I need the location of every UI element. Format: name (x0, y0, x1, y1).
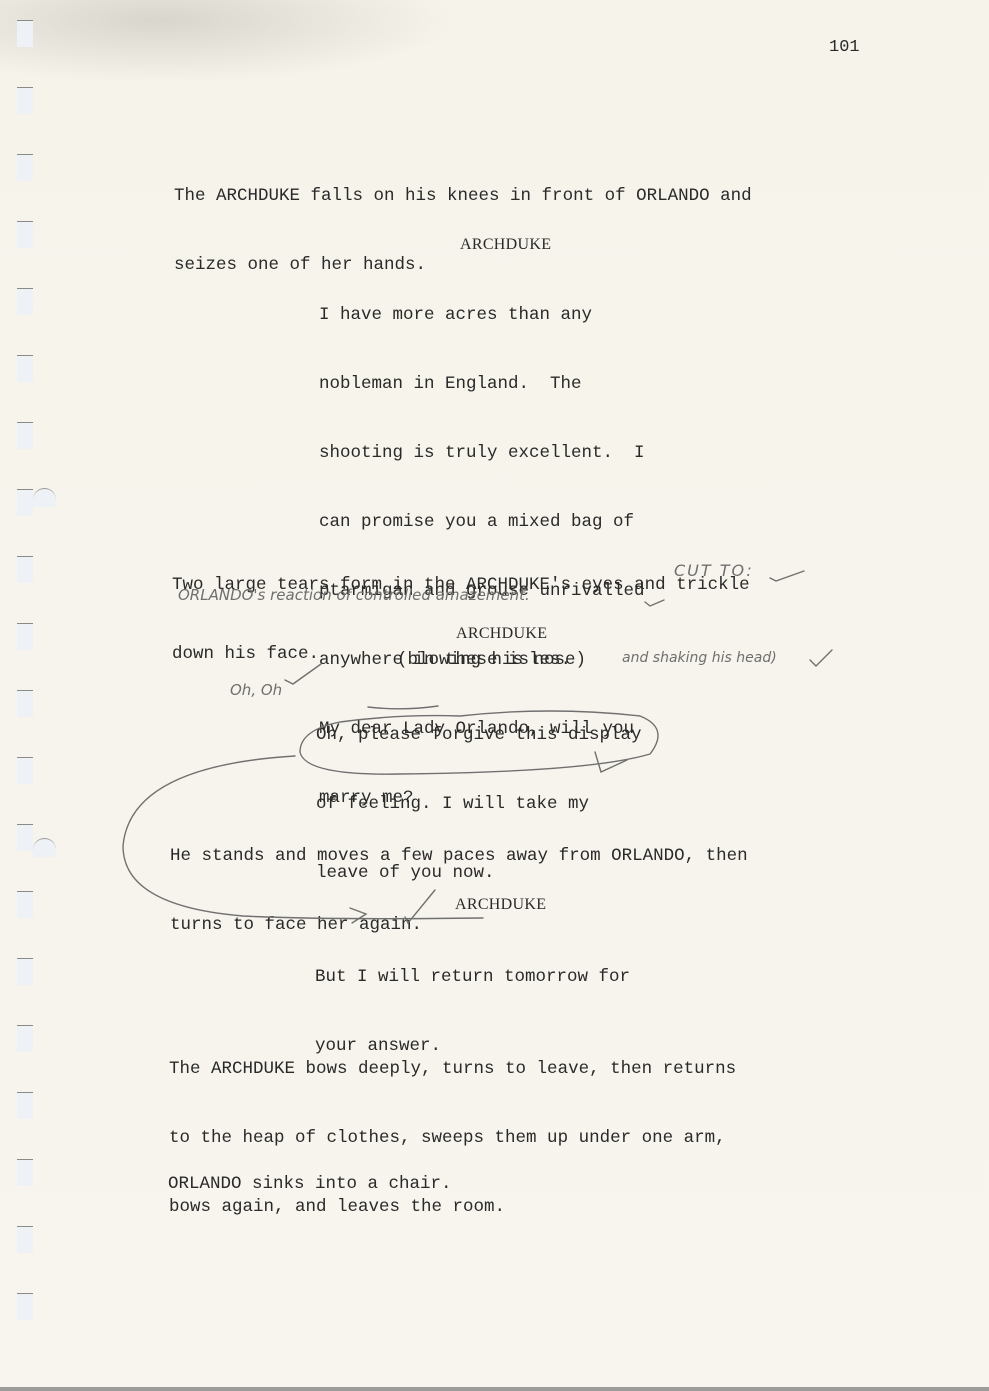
check-mark-icon (645, 600, 664, 606)
pencil-marks (0, 0, 989, 1391)
arrowhead-icon (350, 908, 366, 923)
check-mark-icon (285, 664, 321, 684)
check-mark-icon (770, 571, 804, 581)
move-arrow (123, 756, 483, 919)
circle-mark (300, 711, 658, 774)
script-page: 101 The ARCHDUKE falls on his knees in f… (0, 0, 989, 1391)
check-mark-icon (810, 650, 832, 666)
underline-mark (368, 706, 438, 709)
